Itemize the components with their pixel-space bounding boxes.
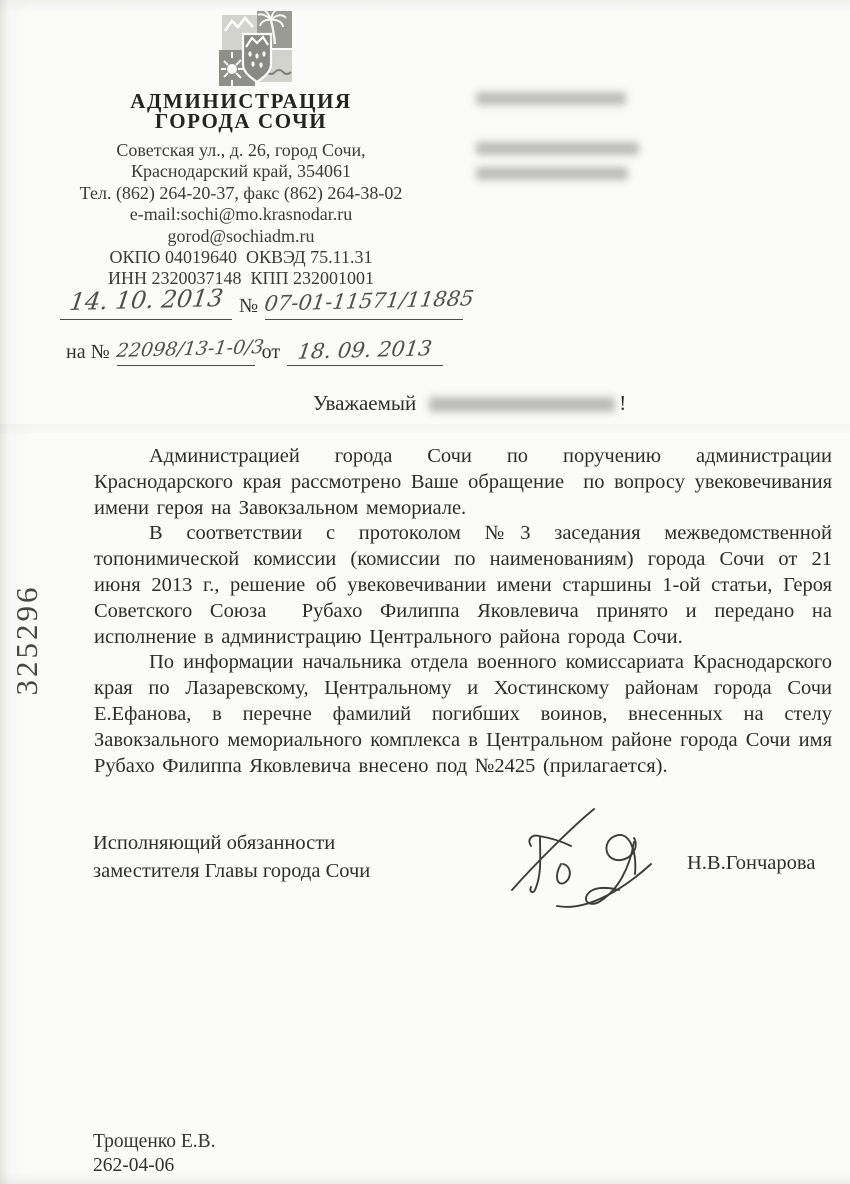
incoming-reference-row: на № 22098/13-1-0/3 от 18. 09. 2013 — [66, 334, 443, 366]
salutation-suffix: ! — [619, 391, 626, 416]
address-line2: Краснодарский край, 354061 — [52, 161, 430, 182]
letter-body: Администрацией города Сочи по поручению … — [94, 444, 832, 779]
paragraph-2: В соответствии с протоколом №3 заседания… — [94, 521, 832, 650]
letterhead-details: Советская ул., д. 26, город Сочи, Красно… — [52, 140, 430, 290]
email-line2: gorod@sochiadm.ru — [52, 226, 430, 247]
incoming-prefix-label: на № — [66, 341, 117, 366]
executor-phone: 262-04-06 — [93, 1154, 216, 1178]
address-line1: Советская ул., д. 26, город Сочи, — [52, 140, 430, 161]
signer-name: Н.В.Гончарова — [687, 852, 815, 875]
recipient-block — [476, 92, 639, 180]
signer-position-line2: заместителя Главы города Сочи — [93, 858, 370, 886]
signer-position: Исполняющий обязанности заместителя Глав… — [93, 830, 370, 885]
executor-name: Трощенко Е.В. — [93, 1130, 216, 1154]
number-sign-label: № — [232, 295, 265, 320]
scanned-letter-page: АДМИНИСТРАЦИЯ ГОРОДА СОЧИ Советская ул.,… — [0, 0, 850, 1184]
handwritten-signature-icon — [495, 802, 660, 920]
incoming-number-field: 22098/13-1-0/3 — [117, 334, 255, 366]
recipient-address-line2-redacted — [476, 167, 628, 180]
salutation-prefix: Уважаемый — [313, 391, 416, 416]
paragraph-3: По информации начальника отдела военного… — [94, 650, 832, 779]
signer-position-line1: Исполняющий обязанности — [93, 830, 370, 858]
recipient-name-redacted — [476, 92, 626, 105]
salutation: Уважаемый ! — [313, 391, 626, 416]
codes-line1: ОКПО 04019640 ОКВЭД 75.11.31 — [52, 247, 430, 268]
email-line1: e-mail:sochi@mo.krasnodar.ru — [52, 204, 430, 225]
letterhead: АДМИНИСТРАЦИЯ ГОРОДА СОЧИ Советская ул.,… — [52, 8, 430, 290]
executor-block: Трощенко Е.В. 262-04-06 — [93, 1130, 216, 1177]
outgoing-number-field: 07-01-11571/11885 — [265, 283, 463, 320]
org-name-line2: ГОРОДА СОЧИ — [52, 111, 430, 131]
incoming-number-handwritten: 22098/13-1-0/3 — [114, 332, 265, 366]
paragraph-1: Администрацией города Сочи по поручению … — [94, 444, 832, 521]
recipient-address-line1-redacted — [476, 142, 639, 155]
incoming-date-handwritten: 18. 09. 2013 — [296, 333, 434, 366]
outgoing-date-handwritten: 14. 10. 2013 — [67, 280, 225, 320]
scan-shading-band — [0, 424, 850, 433]
stamp-number-vertical: 325296 — [9, 585, 45, 696]
sochi-coat-of-arms-icon — [217, 8, 297, 88]
outgoing-reference-row: 14. 10. 2013 № 07-01-11571/11885 — [60, 282, 463, 320]
outgoing-date-field: 14. 10. 2013 — [60, 282, 232, 320]
outgoing-number-handwritten: 07-01-11571/11885 — [262, 280, 476, 321]
org-name-line1: АДМИНИСТРАЦИЯ — [52, 91, 430, 111]
incoming-date-field: 18. 09. 2013 — [287, 335, 443, 366]
salutation-name-redacted — [429, 397, 615, 412]
phone-line: Тел. (862) 264-20-37, факс (862) 264-38-… — [52, 183, 430, 204]
